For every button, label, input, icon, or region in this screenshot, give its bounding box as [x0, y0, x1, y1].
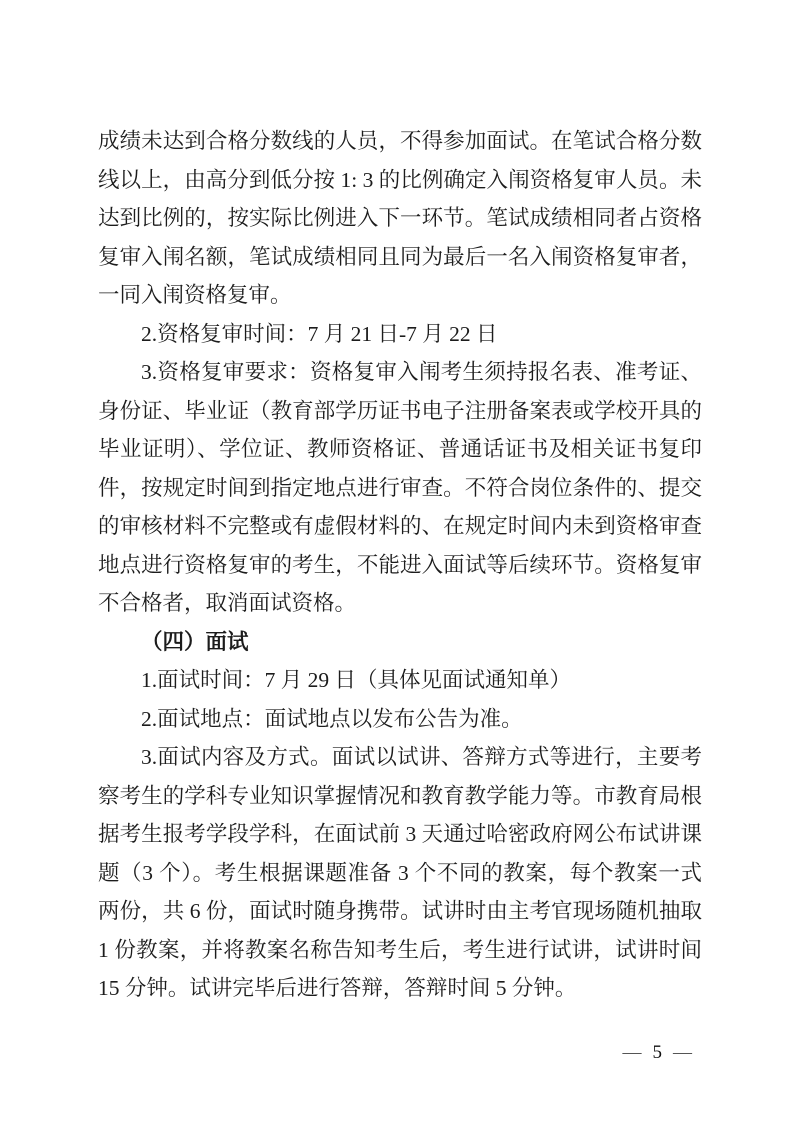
page-number: 5 — [653, 1041, 663, 1065]
footer-dash-right: — — [673, 1041, 692, 1065]
paragraph-written-score-rule: 成绩未达到合格分数线的人员，不得参加面试。在笔试合格分数线以上，由高分到低分按 … — [98, 122, 702, 315]
document-page: 成绩未达到合格分数线的人员，不得参加面试。在笔试合格分数线以上，由高分到低分按 … — [0, 0, 793, 1122]
paragraph-interview-content: 3.面试内容及方式。面试以试讲、答辩方式等进行，主要考察考生的学科专业知识掌握情… — [98, 738, 702, 1008]
section-heading-interview: （四）面试 — [98, 623, 702, 662]
paragraph-interview-time: 1.面试时间：7 月 29 日（具体见面试通知单） — [98, 661, 702, 700]
paragraph-review-requirements: 3.资格复审要求：资格复审入闱考生须持报名表、准考证、身份证、毕业证（教育部学历… — [98, 353, 702, 623]
paragraph-interview-location: 2.面试地点：面试地点以发布公告为准。 — [98, 700, 702, 739]
footer-dash-left: — — [623, 1041, 642, 1065]
document-body: 成绩未达到合格分数线的人员，不得参加面试。在笔试合格分数线以上，由高分到低分按 … — [98, 122, 702, 1008]
paragraph-review-time: 2.资格复审时间：7 月 21 日-7 月 22 日 — [98, 315, 702, 354]
page-footer: — 5 — — [623, 1041, 693, 1065]
